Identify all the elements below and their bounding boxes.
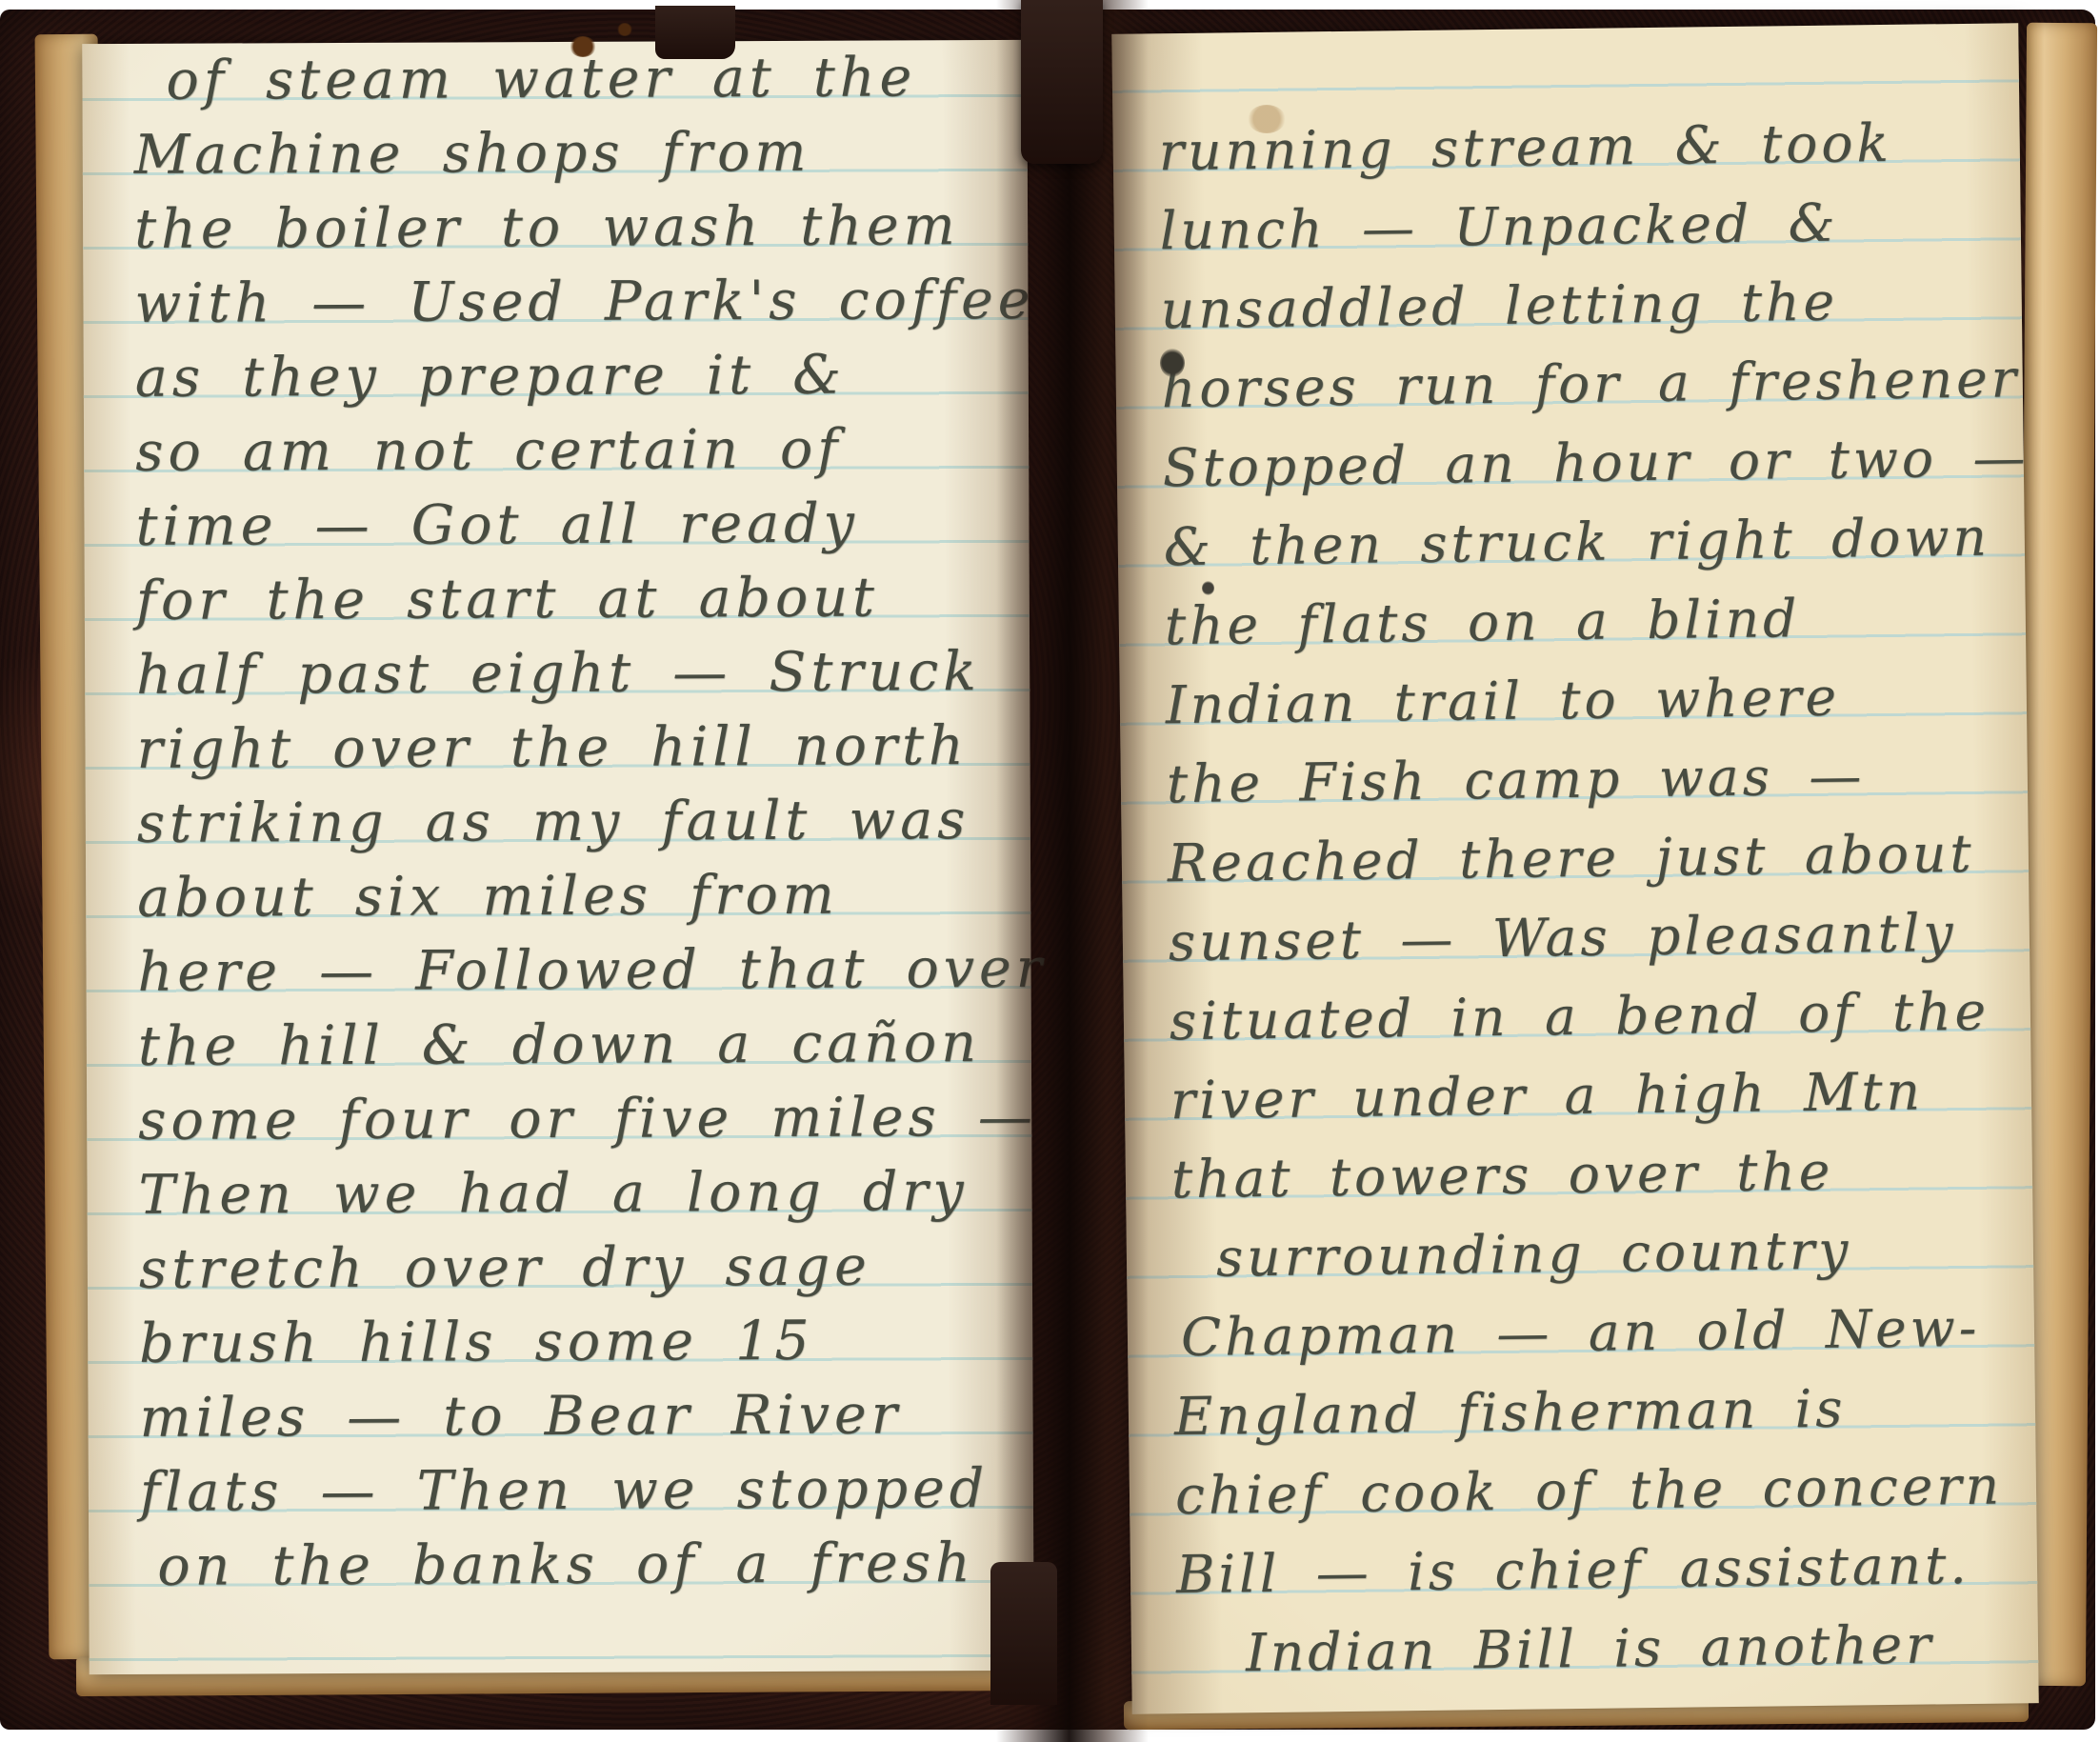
handwriting-line: stretch over dry sage	[139, 1229, 1011, 1307]
handwriting-line: as they prepare it &	[135, 337, 1008, 415]
handwriting-line: surrounding country	[1171, 1209, 2012, 1298]
handwriting-line: Machine shops from	[134, 114, 1007, 192]
left-page: of steam water at theMachine shops fromt…	[82, 40, 1033, 1674]
handwriting-line: river under a high Mtn	[1170, 1051, 2010, 1140]
handwriting-line: the flats on a blind	[1164, 576, 2005, 666]
handwriting-line: running stream & took	[1158, 103, 1999, 192]
handwriting-line: about six miles from	[137, 857, 1010, 935]
handwriting-line: chief cook of the concern	[1175, 1446, 2016, 1535]
leather-spine-top	[1021, 0, 1103, 164]
leather-flap-top	[655, 6, 735, 59]
handwriting-line: England fisherman is	[1173, 1367, 2014, 1456]
right-page: running stream & tooklunch — Unpacked &u…	[1111, 23, 2038, 1713]
left-page-handwriting: of steam water at theMachine shops fromt…	[133, 40, 1012, 1604]
handwriting-line: Stopped an hour or two —	[1162, 418, 2003, 508]
handwriting-line: situated in a bend of the	[1169, 971, 2010, 1061]
handwriting-line: the boiler to wash them	[134, 189, 1007, 267]
handwriting-line: with — Used Park's coffee	[134, 263, 1007, 341]
handwriting-line: & then struck right down	[1163, 497, 2004, 587]
handwriting-line: on the banks of a fresh	[140, 1526, 1012, 1604]
handwriting-line: horses run for a freshener	[1161, 339, 2002, 429]
handwriting-line: Then we had a long dry	[138, 1154, 1010, 1232]
handwriting-line: sunset — Was pleasantly	[1168, 892, 2009, 982]
handwriting-line: Chapman — an old New-	[1172, 1288, 2013, 1377]
handwriting-line: the hill & down a cañon	[138, 1006, 1010, 1084]
right-page-handwriting: running stream & tooklunch — Unpacked &u…	[1158, 103, 2017, 1694]
handwriting-line: striking as my fault was	[137, 783, 1010, 861]
handwriting-line: brush hills some 15	[139, 1303, 1011, 1381]
handwriting-line: here — Followed that over	[137, 931, 1010, 1010]
diary-book: of steam water at theMachine shops fromt…	[0, 0, 2100, 1742]
handwriting-line: time — Got all ready	[135, 486, 1008, 564]
handwriting-line: that towers over the	[1170, 1130, 2011, 1219]
handwriting-line: lunch — Unpacked &	[1159, 182, 2000, 271]
handwriting-line: some four or five miles —	[138, 1080, 1010, 1158]
handwriting-line: right over the hill north	[136, 709, 1009, 787]
handwriting-line: so am not certain of	[135, 411, 1008, 490]
handwriting-line: of steam water at the	[133, 40, 1006, 118]
handwriting-line: unsaddled letting the	[1160, 261, 2001, 350]
handwriting-line: Reached there just about	[1167, 813, 2008, 903]
handwriting-line: flats — Then we stopped	[140, 1452, 1012, 1530]
handwriting-line: Indian trail to where	[1165, 655, 2006, 745]
handwriting-line: for the start at about	[136, 560, 1009, 638]
handwriting-line: the Fish camp was —	[1166, 734, 2007, 824]
handwriting-line: Bill — is chief assistant.	[1176, 1525, 2017, 1614]
handwriting-line: half past eight — Struck	[136, 634, 1009, 712]
handwriting-line: Indian Bill is another	[1177, 1604, 2018, 1693]
handwriting-line: miles — to Bear River	[139, 1377, 1011, 1455]
leather-spine-bottom	[990, 1562, 1057, 1705]
